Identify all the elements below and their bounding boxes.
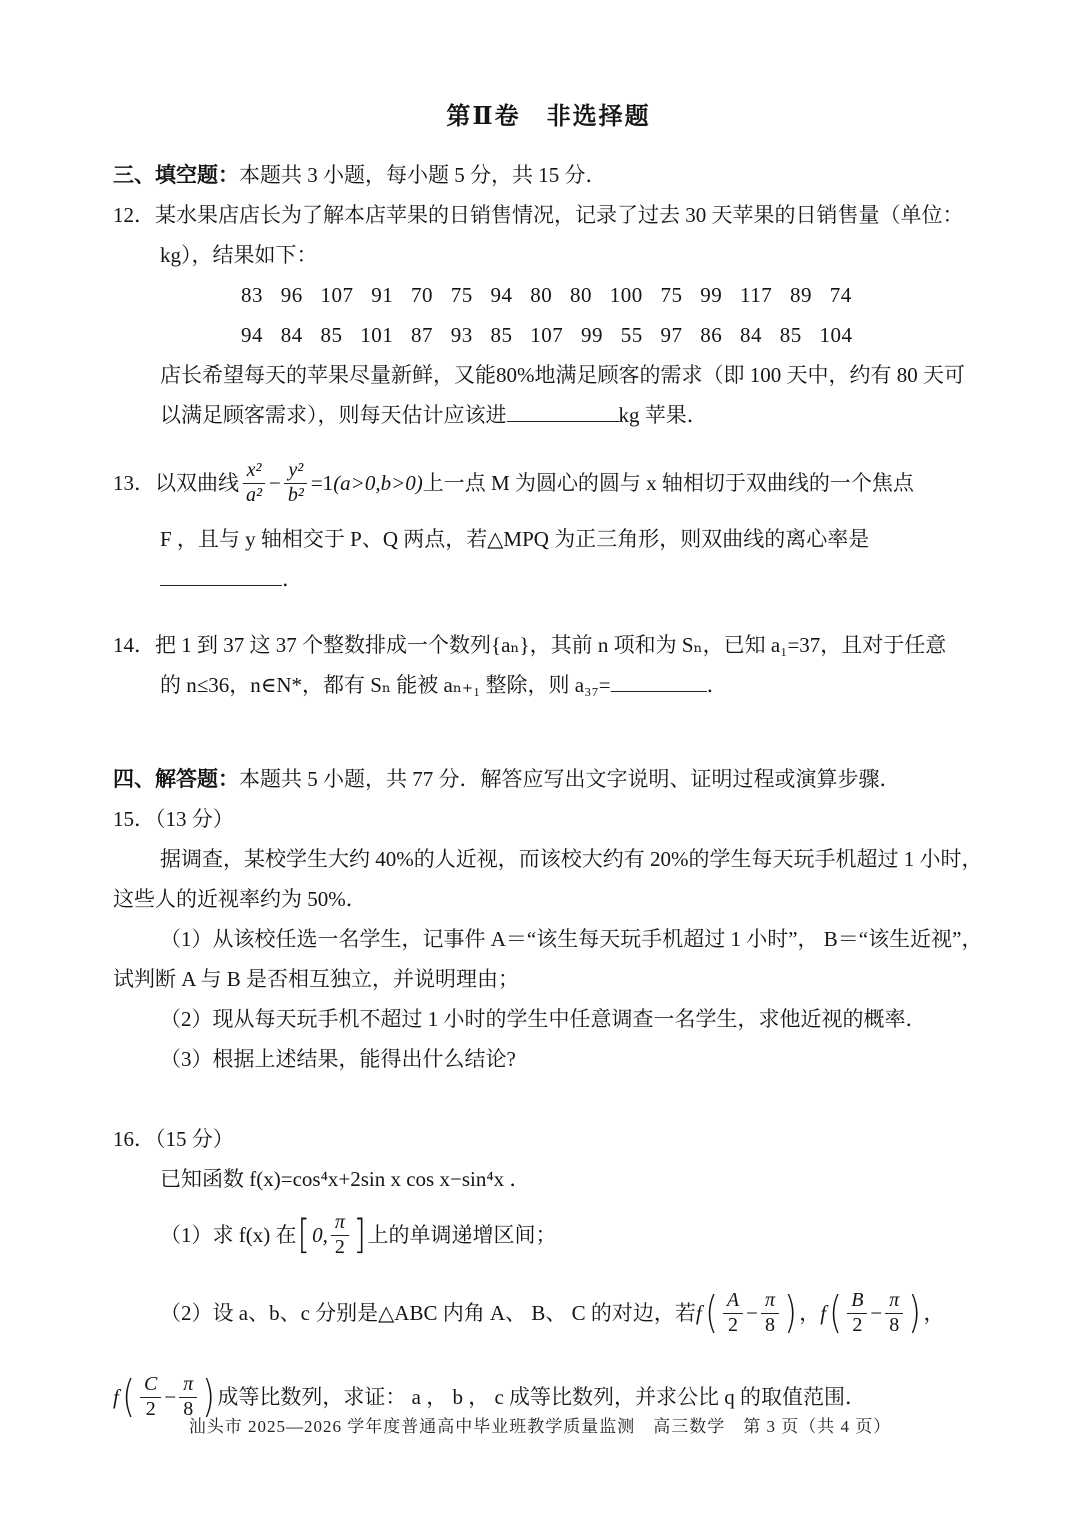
q15-para1: 据调查，某校学生大约 40%的人近视，而该校大约有 20%的学生每天玩手机超过 … — [160, 839, 984, 879]
q14-answer-blank — [611, 669, 707, 692]
q15-item1-line2: 试判断 A 与 B 是否相互独立，并说明理由； — [113, 959, 984, 999]
left-paren: ( — [122, 1379, 135, 1414]
q12-line2: kg），结果如下： — [160, 235, 984, 275]
fraction-numerator: B — [847, 1289, 867, 1314]
q15-item3: （3）根据上述结果，能得出什么结论? — [160, 1039, 984, 1079]
q13-condition: (a>0,b>0) — [333, 463, 423, 503]
q14-line2-pre: 的 n≤36，n∈N*，都有 Sₙ 能被 aₙ₊₁ 整除，则 a₃₇= — [160, 673, 611, 697]
fraction-numerator: y² — [284, 459, 307, 484]
q16-item2-post: 成等比数列，求证： a ， b ， c 成等比数列，并求公比 q 的取值范围． — [217, 1377, 866, 1417]
q13-line2-post: ． — [282, 567, 303, 591]
fraction-denominator: b² — [284, 484, 308, 507]
q12-line3: 店长希望每天的苹果尽量新鲜，又能80%地满足顾客的需求（即 100 天中，约有 … — [160, 355, 984, 395]
q12-line4-post: kg 苹果． — [619, 403, 708, 427]
q13-answer-blank — [160, 563, 282, 586]
q14-line2: 的 n≤36，n∈N*，都有 Sₙ 能被 aₙ₊₁ 整除，则 a₃₇=． — [160, 665, 984, 705]
fraction-denominator: a² — [242, 484, 266, 507]
left-bracket: [ — [298, 1219, 310, 1251]
fill-in-section-label: 三、填空题： — [113, 163, 239, 187]
right-bracket: ] — [353, 1219, 365, 1251]
fraction-denominator: 2 — [331, 1236, 349, 1259]
function-name-f: f — [696, 1293, 703, 1333]
left-paren: ( — [705, 1295, 718, 1330]
fraction-numerator: π — [331, 1211, 349, 1236]
q14-line2-post: ． — [707, 673, 728, 697]
solution-section-label: 四、解答题： — [113, 767, 239, 791]
q12-data-row2: 94 84 85 101 87 93 85 107 99 55 97 86 84… — [241, 315, 984, 355]
q16-item1: （1）求 f(x) 在 [ 0, π 2 ] 上的单调递增区间； — [160, 1199, 984, 1271]
left-paren: ( — [829, 1295, 842, 1330]
fraction-numerator: C — [140, 1373, 161, 1398]
fraction-numerator: π — [885, 1289, 903, 1314]
q13-pre: 13．以双曲线 — [113, 463, 239, 503]
q16-fraction-pi-8: π 8 — [882, 1289, 906, 1337]
solution-section-header: 四、解答题：本题共 5 小题，共 77 分．解答应写出文字说明、证明过程或演算步… — [113, 759, 984, 799]
q15-para2: 这些人的近视率约为 50%． — [113, 879, 984, 919]
solution-section-desc: 本题共 5 小题，共 77 分．解答应写出文字说明、证明过程或演算步骤． — [239, 767, 901, 791]
q16-item1-pre: （1）求 f(x) 在 — [160, 1215, 296, 1255]
right-paren: ) — [784, 1295, 797, 1330]
right-paren: ) — [202, 1379, 215, 1414]
q13-line2-pre: F ，且与 y 轴相交于 P、Q 两点，若△MPQ 为正三角形，则双曲线的离心率… — [160, 527, 869, 551]
fraction-denominator: 8 — [885, 1314, 903, 1337]
q16-fraction-A-2: A 2 — [720, 1289, 746, 1337]
function-name-f: f — [820, 1293, 827, 1333]
q13-mid: 上一点 M 为圆心的圆与 x 轴相切于双曲线的一个焦点 — [423, 463, 914, 503]
separator-comma: ， — [923, 1293, 944, 1333]
fill-in-section-header: 三、填空题：本题共 3 小题，每小题 5 分，共 15 分． — [113, 155, 984, 195]
q12-line4-pre: 以满足顾客需求），则每天估计应该进 — [160, 403, 507, 427]
q16-fraction-pi-8: π 8 — [758, 1289, 782, 1337]
q16-item2-pre: （2）设 a、b、c 分别是△ABC 内角 A、 B、 C 的对边，若 — [160, 1293, 696, 1333]
q15-item2: （2）现从每天玩手机不超过 1 小时的学生中任意调查一名学生，求他近视的概率． — [160, 999, 984, 1039]
minus-sign: − — [164, 1377, 176, 1417]
q16-function-def: 已知函数 f(x)=cos⁴x+2sin x cos x−sin⁴x ． — [160, 1159, 984, 1199]
q16-item2-line1: （2）设 a、b、c 分别是△ABC 内角 A、 B、 C 的对边，若 f ( … — [113, 1271, 984, 1355]
minus-sign: − — [870, 1293, 882, 1333]
q12-data-row1: 83 96 107 91 70 75 94 80 80 100 75 99 11… — [241, 275, 984, 315]
q15-item1-line1: （1）从该校任选一名学生，记事件 A＝“该生每天玩手机超过 1 小时”， B＝“… — [160, 919, 984, 959]
page-content: 第Ⅱ卷 非选择题 三、填空题：本题共 3 小题，每小题 5 分，共 15 分． … — [0, 0, 1080, 1439]
page-footer: 汕头市 2025—2026 学年度普通高中毕业班教学质量监测 高三数学 第 3 … — [0, 1412, 1080, 1437]
q12-line1: 12．某水果店店长为了解本店苹果的日销售情况，记录了过去 30 天苹果的日销售量… — [113, 195, 984, 235]
q13-fraction-y2-b2: y² b² — [281, 459, 311, 507]
q13-fraction-x2-a2: x² a² — [239, 459, 269, 507]
fraction-numerator: A — [723, 1289, 743, 1314]
function-name-f: f — [113, 1377, 120, 1417]
q13-line2: F ，且与 y 轴相交于 P、Q 两点，若△MPQ 为正三角形，则双曲线的离心率… — [160, 519, 984, 599]
fraction-numerator: π — [179, 1373, 197, 1398]
fraction-denominator: 8 — [761, 1314, 779, 1337]
q16-number: 16．（15 分） — [113, 1119, 984, 1159]
q14-line1: 14．把 1 到 37 这 37 个整数排成一个数列{aₙ}，其前 n 项和为 … — [113, 625, 984, 665]
fraction-numerator: π — [761, 1289, 779, 1314]
fraction-denominator: 2 — [848, 1314, 866, 1337]
q16-item1-post: 上的单调递增区间； — [367, 1215, 556, 1255]
separator-comma: ， — [799, 1293, 820, 1333]
q12-line4: 以满足顾客需求），则每天估计应该进kg 苹果． — [160, 395, 984, 435]
fill-in-section-desc: 本题共 3 小题，每小题 5 分，共 15 分． — [239, 163, 607, 187]
q16-fraction-pi-2: π 2 — [328, 1211, 352, 1259]
minus-sign: − — [269, 463, 281, 503]
right-paren: ) — [908, 1295, 921, 1330]
q13-equals-one: =1 — [311, 463, 333, 503]
q15-number: 15．（13 分） — [113, 799, 984, 839]
interval-zero: 0, — [312, 1215, 328, 1255]
exam-paper-page: 第Ⅱ卷 非选择题 三、填空题：本题共 3 小题，每小题 5 分，共 15 分． … — [0, 0, 1080, 1526]
q16-fraction-B-2: B 2 — [844, 1289, 870, 1337]
q12-answer-blank — [507, 399, 619, 422]
q13-line1: 13．以双曲线 x² a² − y² b² =1(a>0,b>0) 上一点 M … — [113, 447, 984, 519]
fraction-denominator: 2 — [724, 1314, 742, 1337]
exam-section-title: 第Ⅱ卷 非选择题 — [113, 96, 984, 131]
fraction-numerator: x² — [243, 459, 266, 484]
minus-sign: − — [746, 1293, 758, 1333]
